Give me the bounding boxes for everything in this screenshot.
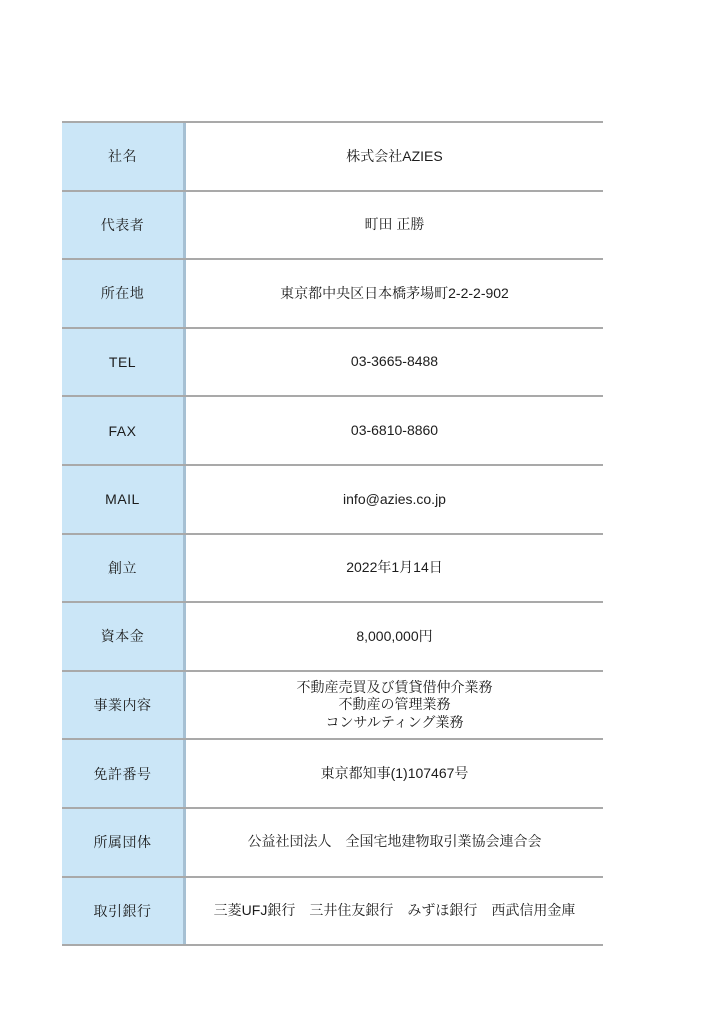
row-representative: 代表者 町田 正勝 [62, 190, 603, 259]
row-fax: FAX 03-6810-8860 [62, 395, 603, 464]
row-label: 免許番号 [62, 740, 186, 807]
row-value: 町田 正勝 [186, 192, 603, 259]
company-profile-page: 社名 株式会社AZIES 代表者 町田 正勝 所在地 東京都中央区日本橋茅場町2… [0, 0, 724, 1024]
row-banks: 取引銀行 三菱UFJ銀行 三井住友銀行 みずほ銀行 西武信用金庫 [62, 876, 603, 945]
row-label: FAX [62, 397, 186, 464]
row-value: 03-6810-8860 [186, 397, 603, 464]
row-value: 2022年1月14日 [186, 535, 603, 602]
row-address: 所在地 東京都中央区日本橋茅場町2-2-2-902 [62, 258, 603, 327]
row-label: MAIL [62, 466, 186, 533]
row-value: info@azies.co.jp [186, 466, 603, 533]
company-info-table: 社名 株式会社AZIES 代表者 町田 正勝 所在地 東京都中央区日本橋茅場町2… [62, 121, 603, 946]
row-value: 東京都知事(1)107467号 [186, 740, 603, 807]
row-founded: 創立 2022年1月14日 [62, 533, 603, 602]
row-label: 資本金 [62, 603, 186, 670]
row-company-name: 社名 株式会社AZIES [62, 121, 603, 190]
row-mail: MAIL info@azies.co.jp [62, 464, 603, 533]
row-value: 三菱UFJ銀行 三井住友銀行 みずほ銀行 西武信用金庫 [186, 878, 603, 945]
row-label: 社名 [62, 123, 186, 190]
row-value: 不動産売買及び賃貸借仲介業務 不動産の管理業務 コンサルティング業務 [186, 672, 603, 739]
row-capital: 資本金 8,000,000円 [62, 601, 603, 670]
row-label: 事業内容 [62, 672, 186, 739]
row-label: 創立 [62, 535, 186, 602]
row-label: 所在地 [62, 260, 186, 327]
row-value: 株式会社AZIES [186, 123, 603, 190]
row-label: TEL [62, 329, 186, 396]
row-label: 代表者 [62, 192, 186, 259]
row-value: 東京都中央区日本橋茅場町2-2-2-902 [186, 260, 603, 327]
row-value: 03-3665-8488 [186, 329, 603, 396]
row-label: 取引銀行 [62, 878, 186, 945]
row-tel: TEL 03-3665-8488 [62, 327, 603, 396]
row-license-number: 免許番号 東京都知事(1)107467号 [62, 738, 603, 807]
row-business-description: 事業内容 不動産売買及び賃貸借仲介業務 不動産の管理業務 コンサルティング業務 [62, 670, 603, 739]
row-value: 8,000,000円 [186, 603, 603, 670]
row-label: 所属団体 [62, 809, 186, 876]
row-value: 公益社団法人 全国宅地建物取引業協会連合会 [186, 809, 603, 876]
row-association: 所属団体 公益社団法人 全国宅地建物取引業協会連合会 [62, 807, 603, 876]
